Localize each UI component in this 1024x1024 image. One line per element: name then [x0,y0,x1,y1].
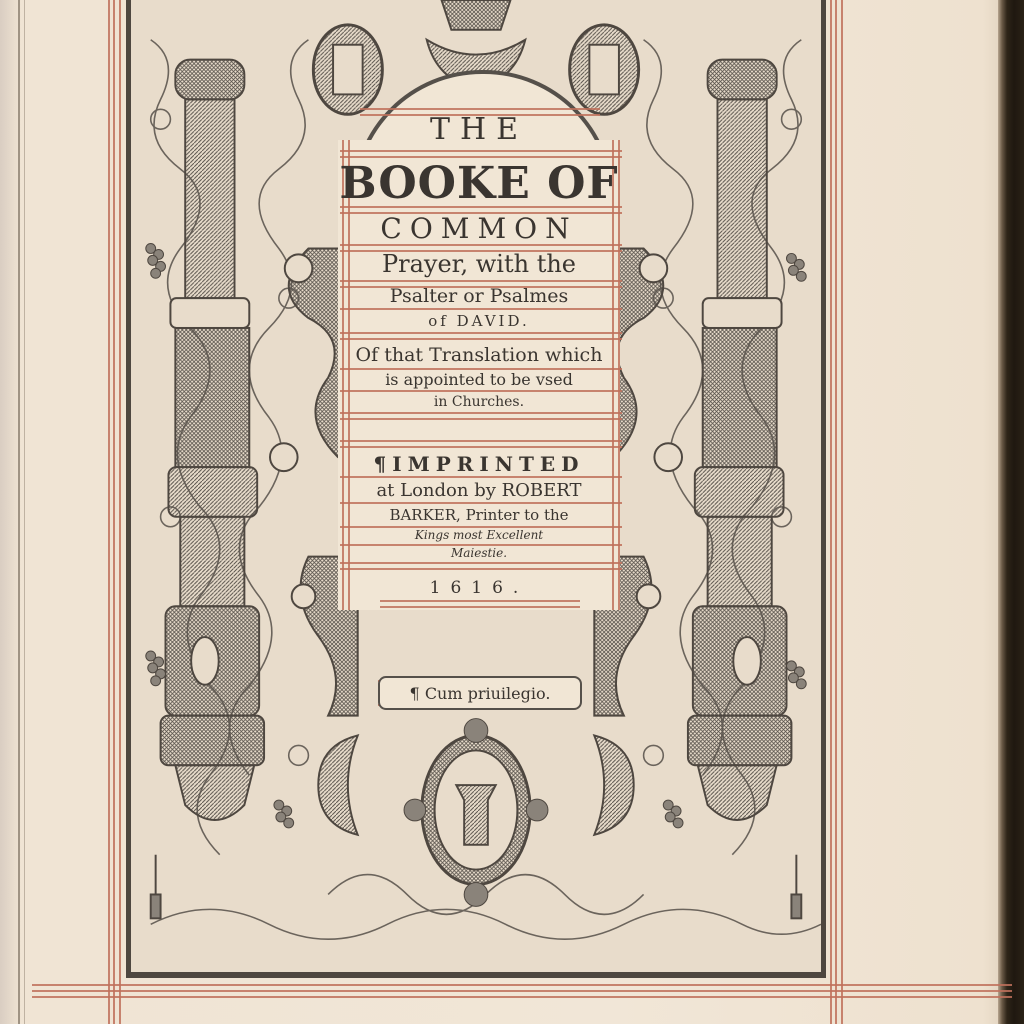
imprint-kings: Kings most Excellent [338,528,620,542]
imprint-imprinted: ¶IMPRINTED [338,452,620,476]
publication-year: 1616. [338,578,620,598]
red-rule-right-2 [835,0,837,1024]
red-rule-right-3 [841,0,843,1024]
imprint-barker: BARKER, Printer to the [338,506,620,524]
red-rule-right-1 [830,0,832,1024]
imprint-maiestie: Maiestie. [338,546,620,560]
red-rule-left-3 [119,0,121,1024]
column-right [688,60,792,820]
red-rule-left-1 [108,0,110,1024]
title-the: THE [338,112,620,147]
red-rule-bottom-1 [32,984,1012,986]
page-edge-left-inner [24,0,25,1024]
cartouche-top-right [570,25,639,114]
book-binding-edge [998,0,1024,1024]
title-prayer: Prayer, with the [338,250,620,278]
imprint-london: at London by ROBERT [338,480,620,501]
red-rule-bottom-3 [32,996,1012,998]
title-common: COMMON [338,212,620,245]
privilege-text: ¶ Cum priuilegio. [410,684,551,703]
scanned-page: THE BOOKE OF COMMON Prayer, with the Psa… [0,0,1024,1024]
subtitle-translation: Of that Translation which [338,344,620,366]
subtitle-appointed: is appointed to be vsed [338,370,620,389]
title-psalter: Psalter or Psalmes [338,285,620,307]
cartouche-top-left [313,25,382,114]
medallion-bottom-center [404,719,548,907]
page-edge-left [18,0,20,1024]
red-rule-bottom-2 [32,990,1012,992]
subtitle-churches: in Churches. [338,394,620,410]
title-david: of DAVID. [338,312,620,330]
title-booke-of: BOOKE OF [338,158,620,209]
red-rule-left-2 [113,0,115,1024]
privilege-label: ¶ Cum priuilegio. [378,676,582,710]
column-left [161,60,264,820]
